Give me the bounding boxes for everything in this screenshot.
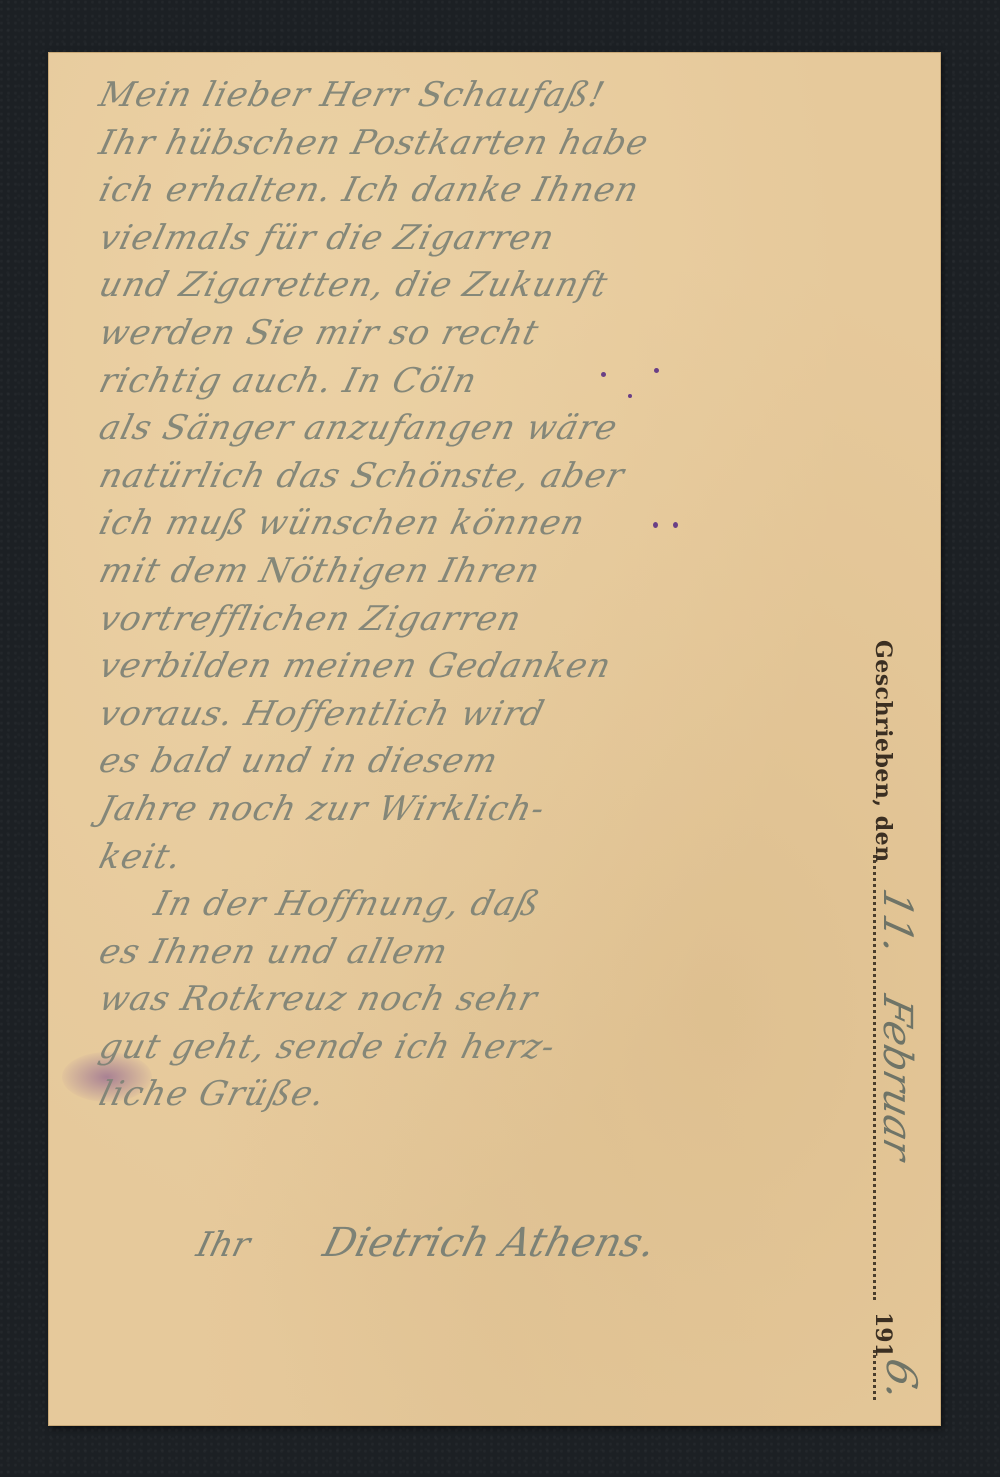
signature: Dietrich Athens. bbox=[319, 1220, 661, 1266]
letter-line: richtig auch. In Cöln bbox=[94, 358, 866, 406]
letter-line: keit. bbox=[94, 834, 866, 882]
date-day: 11. bbox=[874, 884, 920, 959]
letter-line: verbilden meinen Gedanken bbox=[94, 643, 866, 691]
letter-line: ich erhalten. Ich danke Ihnen bbox=[94, 167, 866, 215]
letter-line: und Zigaretten, die Zukunft bbox=[94, 262, 866, 310]
letter-line: mit dem Nöthigen Ihren bbox=[94, 548, 866, 596]
letter-line: natürlich das Schönste, aber bbox=[94, 453, 866, 501]
letter-line: In der Hoffnung, daß bbox=[94, 881, 866, 929]
letter-body: Mein lieber Herr Schaufaß! Ihr hübschen … bbox=[94, 72, 854, 1119]
letter-line: gut geht, sende ich herz- bbox=[94, 1024, 866, 1072]
letter-line: Ihr hübschen Postkarten habe bbox=[94, 120, 866, 168]
letter-line: vortrefflichen Zigarren bbox=[94, 596, 866, 644]
date-month: Februar bbox=[874, 991, 920, 1165]
year-dotted-line bbox=[873, 1350, 876, 1400]
letter-line: vielmals für die Zigarren bbox=[94, 215, 866, 263]
date-block: Geschrieben, den 11. Februar 191 6. bbox=[840, 640, 930, 1420]
letter-line: es bald und in diesem bbox=[94, 738, 866, 786]
handwritten-year-suffix: 6. bbox=[877, 1354, 926, 1406]
letter-line: ich muß wünschen können bbox=[94, 500, 866, 548]
handwritten-date: 11. Februar bbox=[874, 884, 920, 1165]
letter-line: als Sänger anzufangen wäre bbox=[94, 405, 866, 453]
letter-line: voraus. Hoffentlich wird bbox=[94, 691, 866, 739]
letter-line: liche Grüße. bbox=[94, 1071, 866, 1119]
letter-line: was Rotkreuz noch sehr bbox=[94, 976, 866, 1024]
letter-line: Mein lieber Herr Schaufaß! bbox=[94, 72, 866, 120]
printed-date-label: Geschrieben, den bbox=[870, 640, 896, 863]
letter-line: werden Sie mir so recht bbox=[94, 310, 866, 358]
letter-line: Jahre noch zur Wirklich- bbox=[94, 786, 866, 834]
signature-block: Ihr Dietrich Athens. bbox=[192, 1220, 660, 1266]
closing: Ihr bbox=[193, 1225, 255, 1265]
letter-line: es Ihnen und allem bbox=[94, 929, 866, 977]
postcard: Mein lieber Herr Schaufaß! Ihr hübschen … bbox=[48, 52, 941, 1426]
